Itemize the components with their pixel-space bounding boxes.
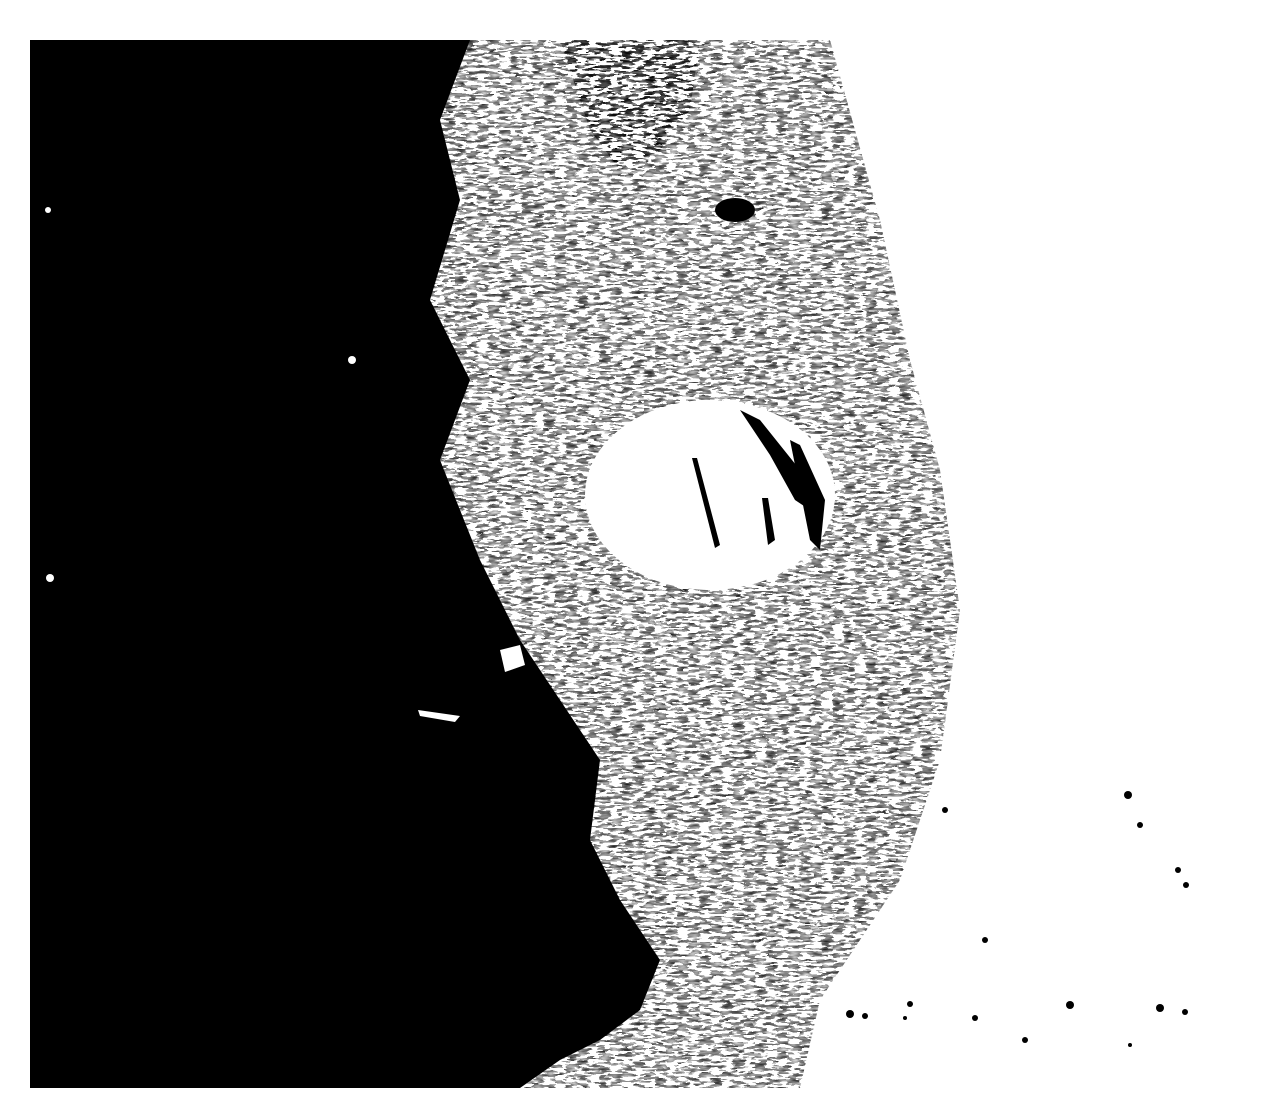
dark-spot — [715, 198, 755, 222]
binarized-photo — [0, 0, 1262, 1100]
photo-canvas — [0, 0, 1262, 1100]
